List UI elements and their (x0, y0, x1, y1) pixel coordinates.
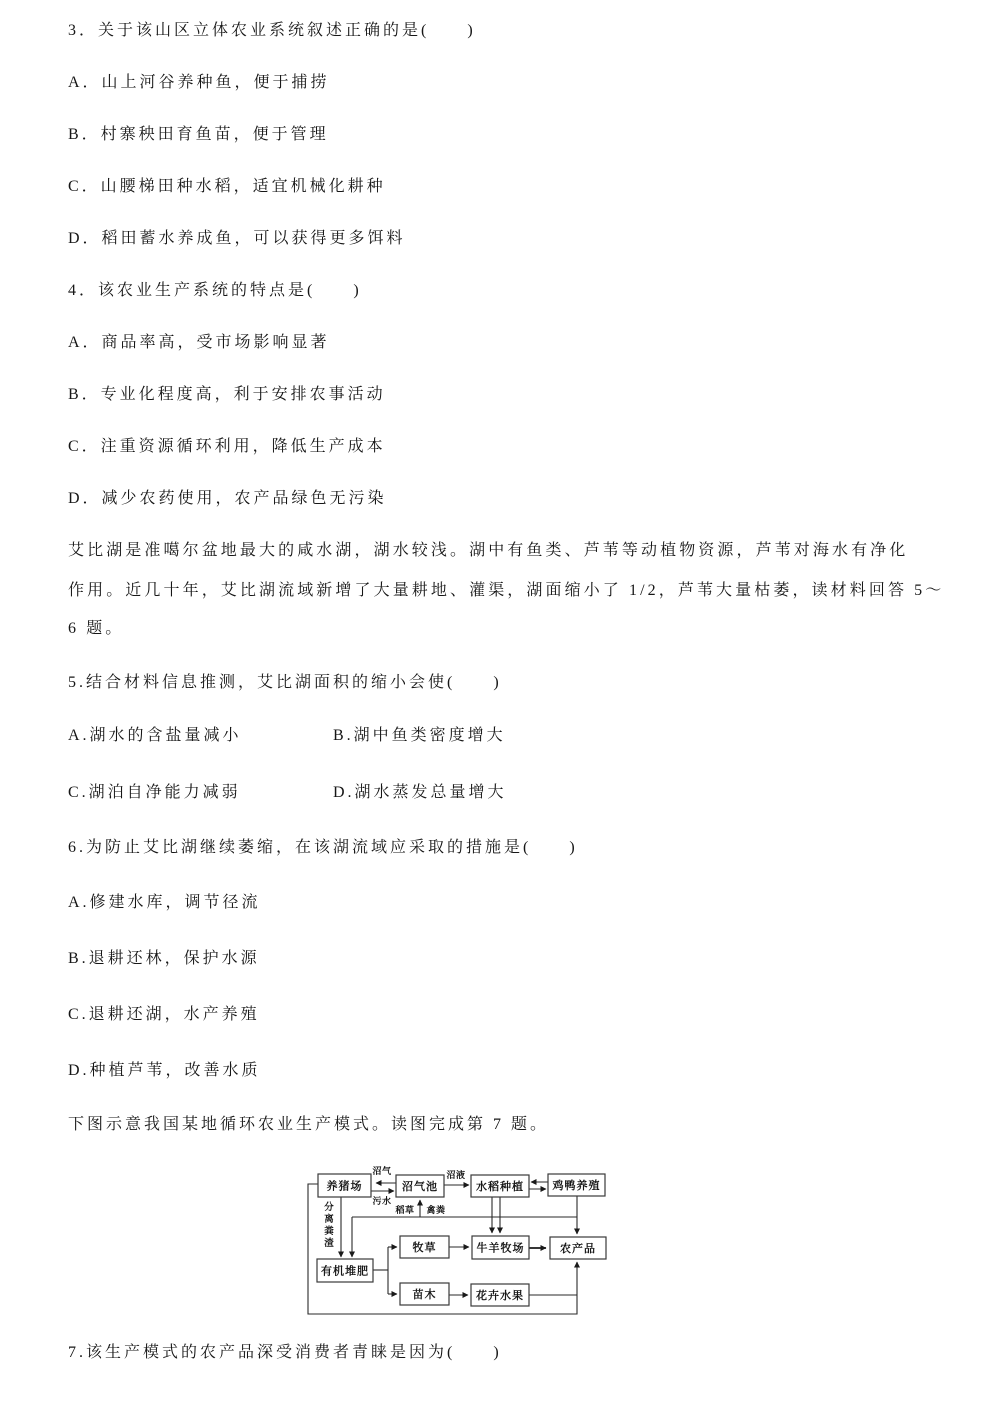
q5-option-a: A.湖水的含盐量减小 (68, 727, 242, 744)
exam-page: 3．关于该山区立体农业系统叙述正确的是( ) A．山上河谷养种鱼，便于捕捞 B．… (0, 0, 992, 1403)
q5-stem: 5.结合材料信息推测，艾比湖面积的缩小会使( ) (68, 674, 502, 692)
q3-option-b: B．村寨秧田育鱼苗，便于管理 (68, 126, 329, 144)
q4-option-d: D．减少农药使用，农产品绿色无污染 (68, 490, 387, 508)
edge-label-biogas: 沼气 (372, 1165, 392, 1176)
edge-label-separated-manure: 分 离 粪 渣 (323, 1201, 334, 1249)
node-cattle-sheep-ranch-label: 牛羊牧场 (477, 1241, 525, 1255)
node-agricultural-products-label: 农产品 (560, 1241, 596, 1255)
q5-option-b: B.湖中鱼类密度增大 (333, 727, 506, 745)
q7-stem: 7.该生产模式的农产品深受消费者青睐是因为( ) (68, 1344, 502, 1362)
q6-option-b: B.退耕还林，保护水源 (68, 950, 260, 968)
diagram-svg: 养猪场 沼气池 水稻种植 鸡鸭养殖 牧草 牛羊牧场 农产品 有机堆肥 苗木 花卉… (295, 1157, 639, 1325)
passage-line-2: 作用。近几十年，艾比湖流域新增了大量耕地、灌渠，湖面缩小了 1/2，芦苇大量枯萎… (68, 582, 944, 600)
q6-option-c: C.退耕还湖，水产养殖 (68, 1006, 260, 1024)
q3-option-c: C．山腰梯田种水稻，适宜机械化耕种 (68, 178, 386, 196)
node-pig-farm-label: 养猪场 (327, 1179, 363, 1193)
passage-line-1: 艾比湖是准噶尔盆地最大的咸水湖，湖水较浅。湖中有鱼类、芦苇等动植物资源，芦苇对海… (68, 542, 908, 560)
diagram-nodes: 养猪场 沼气池 水稻种植 鸡鸭养殖 牧草 牛羊牧场 农产品 有机堆肥 苗木 花卉… (317, 1174, 606, 1306)
q5-option-row-2: C.湖泊自净能力减弱 D.湖水蒸发总量增大 (68, 784, 241, 802)
q5-option-d: D.湖水蒸发总量增大 (333, 784, 507, 802)
edge-label-sewage: 污水 (372, 1195, 391, 1206)
edge-label-rice-straw: 稻草 (394, 1204, 414, 1215)
separated-manure-char-2: 离 (324, 1213, 334, 1225)
edge-label-poultry-manure: 禽粪 (426, 1204, 446, 1215)
q6-option-a: A.修建水库，调节径流 (68, 894, 261, 912)
q3-option-a: A．山上河谷养种鱼，便于捕捞 (68, 74, 330, 92)
diagram-intro: 下图示意我国某地循环农业生产模式。读图完成第 7 题。 (68, 1116, 549, 1134)
q6-stem: 6.为防止艾比湖继续萎缩，在该湖流域应采取的措施是( ) (68, 839, 578, 857)
q4-option-a: A．商品率高，受市场影响显著 (68, 334, 330, 352)
node-seedlings-label: 苗木 (413, 1287, 437, 1301)
separated-manure-char-1: 分 (323, 1201, 334, 1213)
node-pasture-grass-label: 牧草 (413, 1240, 437, 1254)
separated-manure-char-3: 粪 (324, 1225, 334, 1237)
q4-option-b: B．专业化程度高，利于安排农事活动 (68, 386, 386, 404)
node-biogas-digester-label: 沼气池 (402, 1179, 438, 1193)
edge-label-biogas-slurry: 沼液 (446, 1169, 465, 1180)
node-poultry-raising-label: 鸡鸭养殖 (552, 1178, 601, 1192)
passage-line-3: 6 题。 (68, 620, 124, 638)
q3-option-d: D．稻田蓄水养成鱼，可以获得更多饵料 (68, 230, 406, 248)
node-organic-compost-label: 有机堆肥 (321, 1264, 369, 1278)
q5-option-row-1: A.湖水的含盐量减小 B.湖中鱼类密度增大 (68, 727, 242, 745)
q6-option-d: D.种植芦苇，改善水质 (68, 1062, 261, 1080)
node-flowers-fruits-label: 花卉水果 (475, 1288, 524, 1302)
node-rice-planting-label: 水稻种植 (476, 1179, 524, 1193)
cycle-agriculture-diagram: 养猪场 沼气池 水稻种植 鸡鸭养殖 牧草 牛羊牧场 农产品 有机堆肥 苗木 花卉… (295, 1157, 639, 1330)
separated-manure-char-4: 渣 (324, 1237, 334, 1249)
q3-stem: 3．关于该山区立体农业系统叙述正确的是( ) (68, 22, 476, 40)
q5-option-c: C.湖泊自净能力减弱 (68, 784, 241, 801)
q4-option-c: C．注重资源循环利用，降低生产成本 (68, 438, 386, 456)
q4-stem: 4．该农业生产系统的特点是( ) (68, 282, 362, 300)
